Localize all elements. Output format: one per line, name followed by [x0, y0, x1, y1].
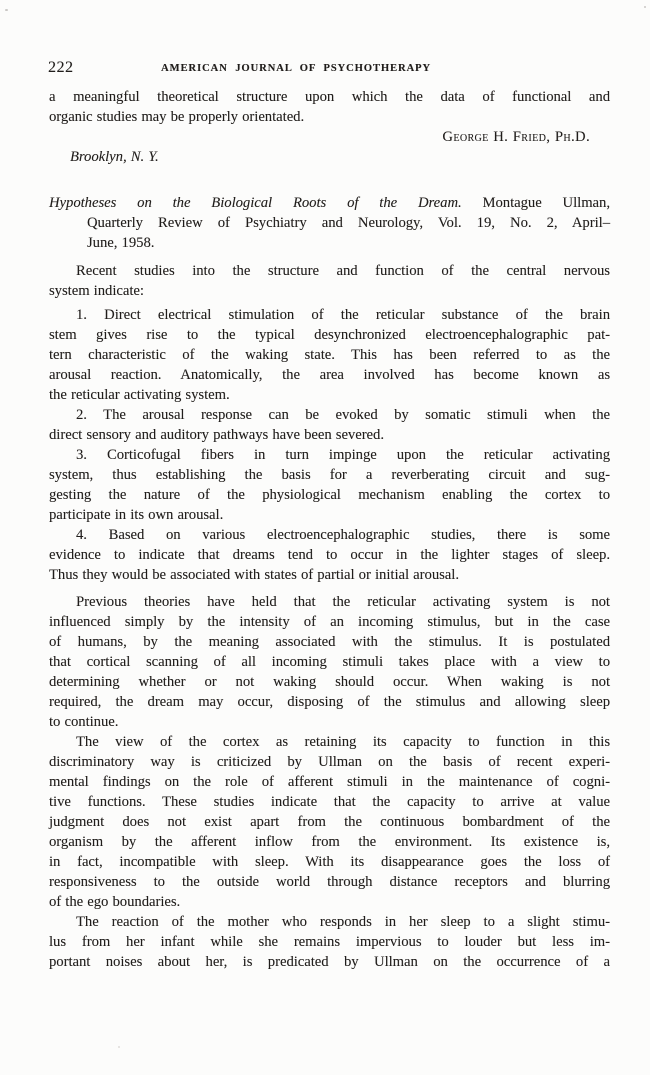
text-line: direct sensory and auditory pathways hav… — [49, 425, 610, 445]
text-line: evidence to indicate that dreams tend to… — [49, 545, 610, 565]
text-line: Quarterly Review of Psychiatry and Neuro… — [87, 213, 610, 233]
text-line: of humans, by the meaning associated wit… — [49, 632, 610, 652]
text-line: discriminatory way is criticized by Ullm… — [49, 752, 610, 772]
numbered-item-1: 1. Direct electrical stimulation of the … — [49, 305, 610, 405]
scanned-page: 222 AMERICAN JOURNAL OF PSYCHOTHERAPY a … — [0, 0, 650, 1075]
scan-speck — [118, 1046, 120, 1048]
text-line: in fact, incompatible with sleep. With i… — [49, 852, 610, 872]
text-line: The reaction of the mother who responds … — [49, 912, 610, 932]
text-line: tern characteristic of the waking state.… — [49, 345, 610, 365]
citation-author: Montague Ullman, — [483, 195, 610, 211]
text-line: system indicate: — [49, 281, 610, 301]
text-line: system, thus establishing the basis for … — [49, 465, 610, 485]
text-line: organic studies may be properly orientat… — [49, 107, 610, 127]
citation-continuation: Quarterly Review of Psychiatry and Neuro… — [49, 213, 610, 253]
review-closing-paragraph: a meaningful theoretical structure upon … — [49, 87, 610, 127]
text-line: Previous theories have held that the ret… — [49, 592, 610, 612]
citation-title: Hypotheses on the Biological Roots of th… — [49, 195, 462, 211]
text-line: tive functions. These studies indicate t… — [49, 792, 610, 812]
text-line: 4. Based on various electroencephalograp… — [49, 525, 610, 545]
numbered-item-3: 3. Corticofugal fibers in turn impinge u… — [49, 445, 610, 525]
scan-speck — [644, 6, 646, 8]
citation-first-line: Hypotheses on the Biological Roots of th… — [49, 193, 610, 213]
numbered-item-2: 2. The arousal response can be evoked by… — [49, 405, 610, 445]
text-line: 3. Corticofugal fibers in turn impinge u… — [49, 445, 610, 465]
text-line: 1. Direct electrical stimulation of the … — [49, 305, 610, 325]
text-line: Thus they would be associated with state… — [49, 565, 610, 585]
text-line: the reticular activating system. — [49, 385, 610, 405]
text-column: a meaningful theoretical structure upon … — [49, 87, 610, 972]
text-line: required, the dream may occur, disposing… — [49, 692, 610, 712]
text-line: June, 1958. — [87, 233, 610, 253]
text-line: determining whether or not waking should… — [49, 672, 610, 692]
running-head: AMERICAN JOURNAL OF PSYCHOTHERAPY — [161, 62, 431, 76]
text-line: mental findings on the role of afferent … — [49, 772, 610, 792]
page-number: 222 — [48, 58, 74, 78]
text-line: influenced simply by the intensity of an… — [49, 612, 610, 632]
numbered-item-4: 4. Based on various electroencephalograp… — [49, 525, 610, 585]
text-line: The view of the cortex as retaining its … — [49, 732, 610, 752]
text-line: of the ego boundaries. — [49, 892, 610, 912]
text-line: 2. The arousal response can be evoked by… — [49, 405, 610, 425]
author-location: Brooklyn, N. Y. — [49, 147, 610, 167]
paragraph-view-of-cortex: The view of the cortex as retaining its … — [49, 732, 610, 912]
intro-paragraph: Recent studies into the structure and fu… — [49, 261, 610, 301]
paragraph-mother-reaction: The reaction of the mother who responds … — [49, 912, 610, 972]
citation-block: Hypotheses on the Biological Roots of th… — [49, 193, 610, 253]
text-line: responsiveness to the outside world thro… — [49, 872, 610, 892]
text-line: Recent studies into the structure and fu… — [49, 261, 610, 281]
text-line: a meaningful theoretical structure upon … — [49, 87, 610, 107]
text-line: that cortical scanning of all incoming s… — [49, 652, 610, 672]
paragraph-previous-theories: Previous theories have held that the ret… — [49, 592, 610, 732]
author-signature: George H. Fried, Ph.D. — [49, 127, 610, 147]
text-line: gesting the nature of the physiological … — [49, 485, 610, 505]
text-line: organism by the afferent inflow from the… — [49, 832, 610, 852]
page-header: 222 AMERICAN JOURNAL OF PSYCHOTHERAPY — [0, 58, 650, 80]
text-line: lus from her infant while she remains im… — [49, 932, 610, 952]
text-line: judgment does not exist apart from the c… — [49, 812, 610, 832]
scan-speck — [5, 9, 8, 11]
text-line: arousal reaction. Anatomically, the area… — [49, 365, 610, 385]
text-line: portant noises about her, is predicated … — [49, 952, 610, 972]
text-line: participate in its own arousal. — [49, 505, 610, 525]
text-line: stem gives rise to the typical desynchro… — [49, 325, 610, 345]
text-line: to continue. — [49, 712, 610, 732]
